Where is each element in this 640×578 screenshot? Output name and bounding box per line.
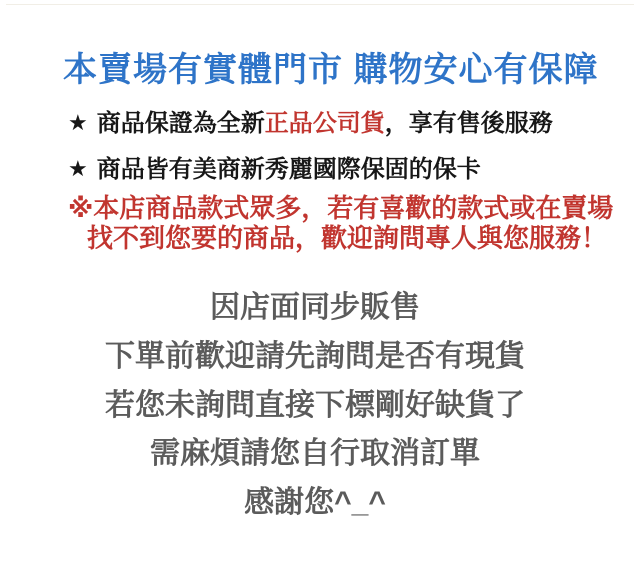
stock-reminder-line: 因店面同步販售 <box>0 284 630 333</box>
thanks-line: 感謝您^_^ <box>0 479 630 528</box>
stock-reminder-block: 因店面同步販售 下單前歡迎請先詢問是否有現貨 若您未詢問直接下標剛好缺貨了 需麻… <box>0 284 630 528</box>
inquiry-notice: ※本店商品款式眾多，若有喜歡的款式或在賣場 找不到您要的商品，歡迎詢問專人與您服… <box>68 193 613 253</box>
seller-notice-page: 本賣場有實體門市 購物安心有保障 ★商品保證為全新正品公司貨，享有售後服務 ★商… <box>0 0 640 578</box>
guarantee-line: ★商品保證為全新正品公司貨，享有售後服務 <box>68 103 553 138</box>
top-divider <box>6 4 634 5</box>
warranty-text: 商品皆有美商新秀麗國際保固的保卡 <box>97 156 481 183</box>
guarantee-text-highlight: 正品公司貨 <box>265 110 385 137</box>
stock-reminder-line: 下單前歡迎請先詢問是否有現貨 <box>0 333 630 382</box>
stock-reminder-line: 若您未詢問直接下標剛好缺貨了 <box>0 382 630 431</box>
star-icon: ★ <box>68 110 88 136</box>
stock-reminder-line: 需麻煩請您自行取消訂單 <box>0 430 630 479</box>
inquiry-notice-line2: 找不到您要的商品，歡迎詢問專人與您服務！ <box>87 223 613 253</box>
guarantee-text-prefix: 商品保證為全新 <box>97 110 265 137</box>
star-icon: ★ <box>68 156 88 182</box>
guarantee-text-suffix: ，享有售後服務 <box>385 110 553 137</box>
inquiry-notice-line1: ※本店商品款式眾多，若有喜歡的款式或在賣場 <box>68 193 613 223</box>
page-title: 本賣場有實體門市 購物安心有保障 <box>63 42 598 91</box>
warranty-line: ★商品皆有美商新秀麗國際保固的保卡 <box>68 149 481 184</box>
